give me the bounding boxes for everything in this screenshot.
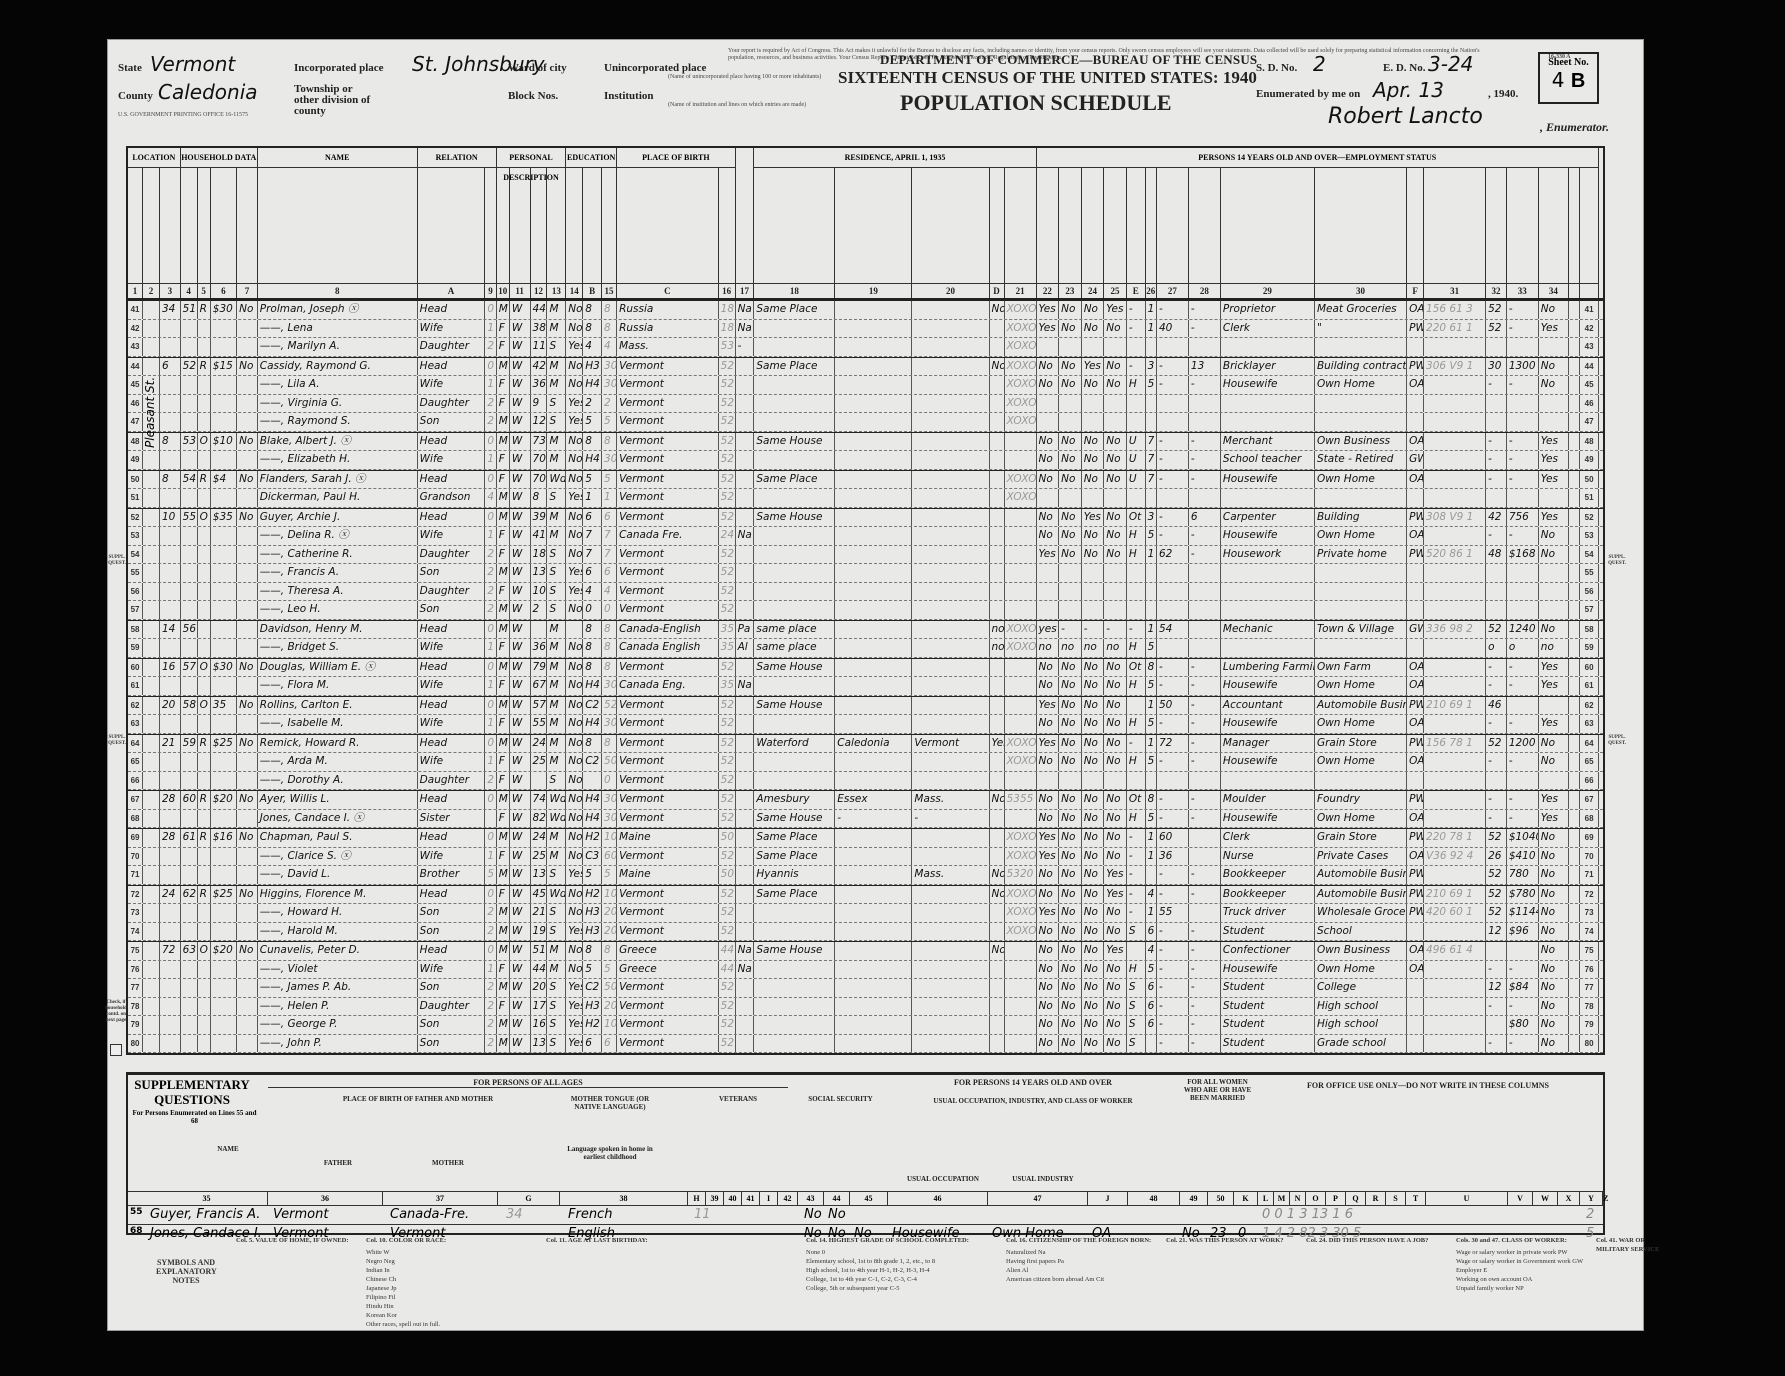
- cell-line: 46: [128, 395, 143, 413]
- cell-occupation: [1221, 583, 1315, 601]
- supp-column-number: R: [1366, 1192, 1386, 1206]
- cell-name: ——, Leo H.: [258, 601, 418, 619]
- column-header-res_county: 19: [835, 148, 912, 298]
- cell-hours: -: [1157, 509, 1189, 527]
- cell-duration: 13: [1189, 358, 1221, 376]
- cell-code_b: 6: [602, 509, 617, 527]
- cell-name: ——, John P.: [258, 1035, 418, 1053]
- cell-res_state: [912, 338, 989, 356]
- cell-code_d: XOXO: [1005, 489, 1037, 507]
- cell-farm_sched: [1569, 1035, 1580, 1053]
- cell-c22: No: [1059, 1016, 1082, 1034]
- cell-marital: S: [547, 489, 566, 507]
- cell-wages: -: [1507, 659, 1539, 677]
- check-note: Check, if household contd. on next page: [104, 1000, 128, 1024]
- cell-res_state: [912, 998, 989, 1016]
- cell-sex: F: [497, 886, 510, 904]
- cell-relation: Wife: [418, 451, 486, 469]
- cell-name: ——, Lila A.: [258, 376, 418, 394]
- cell-visit: [181, 753, 198, 771]
- cell-other_income: No: [1539, 979, 1569, 997]
- cell-c25: Ot: [1127, 509, 1146, 527]
- cell-code_f: [1424, 489, 1486, 507]
- cell-res_city: [754, 546, 835, 564]
- cell-farm: [237, 489, 258, 507]
- column-number: 18: [754, 283, 834, 298]
- cell-value: $4: [211, 471, 237, 489]
- cell-marital: M: [547, 639, 566, 657]
- cell-grade: H2: [583, 886, 602, 904]
- cell-weeks: 52: [1486, 866, 1507, 884]
- cell-res_city: Same House: [754, 697, 835, 715]
- cell-res_county: [835, 583, 912, 601]
- cell-house: [160, 338, 181, 356]
- cell-weeks: 52: [1486, 735, 1507, 753]
- cell-code_c: 52: [719, 791, 736, 809]
- cell-line: 76: [128, 961, 143, 979]
- cell-house: [160, 677, 181, 695]
- cell-visit: 58: [181, 697, 198, 715]
- cell-c23: No: [1082, 471, 1105, 489]
- cell-visit: [181, 639, 198, 657]
- cell-race: W: [510, 659, 531, 677]
- cell-grade: H4: [583, 715, 602, 733]
- cell-birthplace: Vermont: [617, 715, 719, 733]
- cell-farm_sched: [1569, 301, 1580, 319]
- cell-duration: [1189, 772, 1221, 790]
- enumerated-date: Apr. 13: [1373, 78, 1444, 102]
- cell-visit: 53: [181, 433, 198, 451]
- table-row: 71——, David L.Brother5MW13SYes55Maine50H…: [128, 866, 1603, 885]
- cell-c23: No: [1082, 677, 1105, 695]
- cell-grade: 8: [583, 659, 602, 677]
- cell-hours: 36: [1157, 848, 1189, 866]
- cell-visit: [181, 527, 198, 545]
- cell-code_d: 5320: [1005, 866, 1037, 884]
- cell-farm35: [990, 772, 1005, 790]
- cell-code_a: 2: [485, 772, 496, 790]
- cell-value: [211, 923, 237, 941]
- cell-weeks: 48: [1486, 546, 1507, 564]
- cell-weeks: [1486, 942, 1507, 960]
- supp-column-number: 49: [1180, 1192, 1208, 1206]
- cell-sex: M: [497, 601, 510, 619]
- cell-code_f: 210 69 1: [1424, 697, 1486, 715]
- cell-line_r: 73: [1580, 904, 1599, 922]
- cell-farm: [237, 451, 258, 469]
- cell-code_c: 18: [719, 320, 736, 338]
- cell-value: [211, 338, 237, 356]
- cell-c23: [1082, 395, 1105, 413]
- cell-code_e: 1: [1146, 735, 1157, 753]
- cell-farm_sched: [1569, 489, 1580, 507]
- cell-class: PW: [1407, 546, 1424, 564]
- cell-own: [198, 677, 211, 695]
- cell-weeks: 52: [1486, 829, 1507, 847]
- column-headers: 12345678A91011121314B15C1617181920D21222…: [128, 148, 1603, 300]
- cell-sex: F: [497, 451, 510, 469]
- cell-farm_sched: [1569, 961, 1580, 979]
- cell-farm: [237, 621, 258, 639]
- cell-citizen: Na: [736, 942, 755, 960]
- column-number: 22: [1037, 283, 1059, 298]
- cell-line_r: 76: [1580, 961, 1599, 979]
- cell-grade: C3: [583, 848, 602, 866]
- cell-relation: Brother: [418, 866, 486, 884]
- cell-c25: H: [1127, 639, 1146, 657]
- column-number: 16: [719, 283, 735, 298]
- cell-c21: No: [1037, 451, 1060, 469]
- cell-res_city: Amesbury: [754, 791, 835, 809]
- cell-birthplace: Maine: [617, 829, 719, 847]
- cell-marital: S: [547, 904, 566, 922]
- cell-citizen: Na: [736, 527, 755, 545]
- cell-citizen: Pa: [736, 621, 755, 639]
- column-number: 6: [211, 283, 236, 298]
- cell-farm_sched: [1569, 998, 1580, 1016]
- cell-marital: M: [547, 848, 566, 866]
- cell-school: No: [566, 601, 583, 619]
- cell-res_city: [754, 583, 835, 601]
- supp-column-number: W: [1533, 1192, 1558, 1206]
- column-header-class: F: [1407, 148, 1424, 298]
- cell-visit: 62: [181, 886, 198, 904]
- cell-value: [211, 1035, 237, 1053]
- cell-hours: -: [1157, 715, 1189, 733]
- cell-code_d: [1005, 527, 1037, 545]
- cell-line_r: 64: [1580, 735, 1599, 753]
- cell-c22: No: [1059, 979, 1082, 997]
- column-number: 12: [531, 283, 547, 298]
- cell-duration: -: [1189, 320, 1221, 338]
- cell-race: W: [510, 904, 531, 922]
- table-row: 51Dickerman, Paul H.Grandson4MW8SYes11Ve…: [128, 489, 1603, 508]
- cell-res_city: [754, 923, 835, 941]
- supp-column-number: 44: [824, 1192, 850, 1206]
- cell-relation: Head: [418, 509, 486, 527]
- cell-code_f: [1424, 601, 1486, 619]
- cell-house: [160, 979, 181, 997]
- cell-citizen: [736, 489, 755, 507]
- cell-farm: [237, 1035, 258, 1053]
- cell-relation: Daughter: [418, 546, 486, 564]
- cell-marital: Wd: [547, 810, 566, 828]
- cell-sex: M: [497, 301, 510, 319]
- cell-age: 73: [531, 433, 548, 451]
- cell-code_a: 1: [485, 961, 496, 979]
- cell-visit: [181, 1016, 198, 1034]
- table-row: 74——, Harold M.Son2MW19SYesH320Vermont52…: [128, 923, 1603, 942]
- cell-code_b: 30: [602, 810, 617, 828]
- cell-name: Prolman, Joseph ⓧ: [258, 301, 418, 319]
- supp-column-number: X: [1558, 1192, 1580, 1206]
- cell-res_state: [912, 904, 989, 922]
- note-item: Filipino Fil: [366, 1293, 486, 1302]
- cell-own: [198, 923, 211, 941]
- cell-visit: [181, 320, 198, 338]
- cell-birthplace: Canada English: [617, 639, 719, 657]
- cell-other_income: No: [1539, 301, 1569, 319]
- cell-weeks: [1486, 489, 1507, 507]
- cell-line_r: 56: [1580, 583, 1599, 601]
- cell-line: 61: [128, 677, 143, 695]
- household-continued-checkbox[interactable]: [110, 1044, 122, 1056]
- cell-value: [211, 772, 237, 790]
- cell-c24: No: [1104, 998, 1127, 1016]
- cell-house: 10: [160, 509, 181, 527]
- cell-res_county: [835, 601, 912, 619]
- cell-res_city: [754, 998, 835, 1016]
- institution-note: (Name of institution and lines on which …: [668, 102, 806, 109]
- supp-column-number: K: [1234, 1192, 1258, 1206]
- cell-line: 59: [128, 639, 143, 657]
- cell-house: [160, 810, 181, 828]
- cell-code_d: [1005, 564, 1037, 582]
- cell-sex: M: [497, 904, 510, 922]
- cell-industry: Own Home: [1315, 471, 1407, 489]
- cell-c21: No: [1037, 886, 1060, 904]
- cell-code_b: 52: [602, 697, 617, 715]
- symbols-title: SYMBOLS AND EXPLANATORY NOTES: [156, 1258, 216, 1285]
- state-value: Vermont: [150, 52, 235, 76]
- cell-other_income: No: [1539, 848, 1569, 866]
- column-number: 14: [566, 283, 582, 298]
- cell-street: [143, 866, 160, 884]
- cell-citizen: Al: [736, 639, 755, 657]
- cell-c25: U: [1127, 433, 1146, 451]
- cell-c24: No: [1104, 358, 1127, 376]
- cell-line: 69: [128, 829, 143, 847]
- cell-class: OA: [1407, 810, 1424, 828]
- cell-own: [198, 848, 211, 866]
- cell-code_a: 2: [485, 923, 496, 941]
- column-number: 17: [736, 283, 754, 298]
- supp-name-label: NAME: [188, 1145, 268, 1153]
- cell-industry: Wholesale Grocery: [1315, 904, 1407, 922]
- column-header-code_a: 9: [485, 148, 496, 298]
- column-number: A: [418, 283, 485, 298]
- cell-line_r: 43: [1580, 338, 1599, 356]
- column-number: 34: [1539, 283, 1568, 298]
- column-header-c21: 22: [1037, 148, 1060, 298]
- cell-c21: No: [1037, 715, 1060, 733]
- cell-res_county: [835, 376, 912, 394]
- cell-res_city: Same House: [754, 433, 835, 451]
- table-row: 48853O$10NoBlake, Albert J. ⓧHead0MW73MN…: [128, 432, 1603, 452]
- cell-code_c: 52: [719, 772, 736, 790]
- group-header-location: LOCATION: [128, 148, 181, 168]
- cell-industry: [1315, 413, 1407, 431]
- cell-code_f: [1424, 395, 1486, 413]
- cell-wages: -: [1507, 527, 1539, 545]
- cell-hours: -: [1157, 979, 1189, 997]
- column-header-c23: 24: [1082, 148, 1105, 298]
- cell-code_f: [1424, 715, 1486, 733]
- cell-class: GW: [1407, 621, 1424, 639]
- cell-hours: -: [1157, 942, 1189, 960]
- cell-c23: [1082, 583, 1105, 601]
- cell-own: [198, 527, 211, 545]
- cell-code_e: 7: [1146, 471, 1157, 489]
- cell-farm: No: [237, 886, 258, 904]
- cell-wages: -: [1507, 677, 1539, 695]
- cell-code_c: 35: [719, 621, 736, 639]
- supp-cell-c42: No: [804, 1207, 822, 1222]
- sheet-label: Sheet No.: [1540, 57, 1597, 68]
- cell-own: O: [198, 942, 211, 960]
- cell-birthplace: Canada-English: [617, 621, 719, 639]
- cell-weeks: [1486, 1016, 1507, 1034]
- cell-other_income: No: [1539, 1035, 1569, 1053]
- table-row: 66——, Dorothy A.Daughter2FWSNo0Vermont52…: [128, 772, 1603, 791]
- cell-c22: No: [1059, 358, 1082, 376]
- cell-line_r: 50: [1580, 471, 1599, 489]
- cell-code_a: 2: [485, 583, 496, 601]
- cell-line_r: 80: [1580, 1035, 1599, 1053]
- cell-code_e: 1: [1146, 829, 1157, 847]
- cell-res_city: Same Place: [754, 301, 835, 319]
- cell-value: $30: [211, 659, 237, 677]
- cell-hours: -: [1157, 886, 1189, 904]
- cell-street: [143, 998, 160, 1016]
- cell-c21: No: [1037, 1016, 1060, 1034]
- supp-language-label: Language spoken in home in earliest chil…: [560, 1145, 660, 1161]
- cell-code_e: 7: [1146, 451, 1157, 469]
- cell-res_city: [754, 376, 835, 394]
- cell-wages: -: [1507, 433, 1539, 451]
- cell-citizen: [736, 1016, 755, 1034]
- cell-name: ——, Virginia G.: [258, 395, 418, 413]
- cell-c21: [1037, 564, 1060, 582]
- cell-farm35: No: [990, 942, 1005, 960]
- cell-industry: Own Business: [1315, 433, 1407, 451]
- cell-line: 41: [128, 301, 143, 319]
- cell-name: Cassidy, Raymond G.: [258, 358, 418, 376]
- supp-column-number: 41: [742, 1192, 760, 1206]
- cell-class: OA: [1407, 753, 1424, 771]
- cell-class: PW: [1407, 735, 1424, 753]
- cell-farm_sched: [1569, 451, 1580, 469]
- cell-line_r: 69: [1580, 829, 1599, 847]
- cell-wages: [1507, 601, 1539, 619]
- cell-age: 8: [531, 489, 548, 507]
- cell-code_c: 52: [719, 923, 736, 941]
- cell-farm_sched: [1569, 471, 1580, 489]
- cell-value: [211, 677, 237, 695]
- cell-code_b: 8: [602, 639, 617, 657]
- cell-c21: No: [1037, 791, 1060, 809]
- cell-value: [211, 810, 237, 828]
- cell-code_d: XOXO: [1005, 753, 1037, 771]
- cell-code_b: 7: [602, 546, 617, 564]
- cell-race: W: [510, 301, 531, 319]
- cell-farm35: [990, 1035, 1005, 1053]
- cell-code_e: 5: [1146, 677, 1157, 695]
- cell-c25: [1127, 395, 1146, 413]
- column-number: 11: [510, 283, 530, 298]
- cell-hours: 62: [1157, 546, 1189, 564]
- table-row: 54——, Catherine R.Daughter2FW18SNo77Verm…: [128, 546, 1603, 565]
- sheet-side: B: [1571, 70, 1585, 92]
- column-header-occupation: 29: [1221, 148, 1315, 298]
- cell-occupation: Lumbering Farming: [1221, 659, 1315, 677]
- cell-grade: 7: [583, 527, 602, 545]
- cell-farm: [237, 961, 258, 979]
- cell-duration: -: [1189, 979, 1221, 997]
- cell-hours: -: [1157, 866, 1189, 884]
- cell-house: [160, 395, 181, 413]
- cell-citizen: [736, 395, 755, 413]
- cell-code_b: 60: [602, 848, 617, 866]
- cell-code_b: 30: [602, 715, 617, 733]
- cell-line_r: 61: [1580, 677, 1599, 695]
- cell-birthplace: Vermont: [617, 376, 719, 394]
- column-number: [1580, 283, 1598, 298]
- cell-c21: Yes: [1037, 697, 1060, 715]
- supp-cell-line: 55: [130, 1207, 143, 1217]
- cell-res_city: [754, 961, 835, 979]
- cell-street: [143, 471, 160, 489]
- cell-c23: [1082, 601, 1105, 619]
- cell-name: ——, Elizabeth H.: [258, 451, 418, 469]
- table-row: 413451R$30NoProlman, Joseph ⓧHead0MW44MN…: [128, 300, 1603, 320]
- cell-c23: No: [1082, 886, 1105, 904]
- cell-house: [160, 715, 181, 733]
- cell-street: [143, 848, 160, 866]
- cell-marital: S: [547, 866, 566, 884]
- cell-house: 14: [160, 621, 181, 639]
- cell-code_e: [1146, 564, 1157, 582]
- cell-other_income: No: [1539, 904, 1569, 922]
- cell-house: [160, 1016, 181, 1034]
- cell-duration: -: [1189, 546, 1221, 564]
- cell-house: [160, 753, 181, 771]
- cell-sex: M: [497, 564, 510, 582]
- cell-citizen: [736, 810, 755, 828]
- cell-industry: [1315, 639, 1407, 657]
- cell-street: [143, 923, 160, 941]
- cell-line: 80: [128, 1035, 143, 1053]
- cell-code_e: [1146, 1035, 1157, 1053]
- cell-own: R: [198, 886, 211, 904]
- cell-citizen: [736, 451, 755, 469]
- cell-farm_sched: [1569, 546, 1580, 564]
- cell-other_income: [1539, 395, 1569, 413]
- cell-visit: 57: [181, 659, 198, 677]
- cell-code_b: 8: [602, 621, 617, 639]
- cell-code_e: 1: [1146, 848, 1157, 866]
- cell-street: [143, 509, 160, 527]
- cell-res_state: [912, 659, 989, 677]
- cell-birthplace: Vermont: [617, 546, 719, 564]
- cell-c22: No: [1059, 848, 1082, 866]
- cell-own: O: [198, 433, 211, 451]
- cell-sex: M: [497, 942, 510, 960]
- supp-column-number: I: [760, 1192, 778, 1206]
- cell-visit: [181, 677, 198, 695]
- cell-code_e: 5: [1146, 527, 1157, 545]
- cell-farm_sched: [1569, 601, 1580, 619]
- cell-relation: Son: [418, 413, 486, 431]
- cell-hours: -: [1157, 677, 1189, 695]
- cell-code_a: 2: [485, 904, 496, 922]
- cell-c25: [1127, 942, 1146, 960]
- cell-age: 13: [531, 866, 548, 884]
- cell-class: [1407, 998, 1424, 1016]
- note-item: White W: [366, 1248, 486, 1257]
- cell-occupation: [1221, 639, 1315, 657]
- cell-street: [143, 601, 160, 619]
